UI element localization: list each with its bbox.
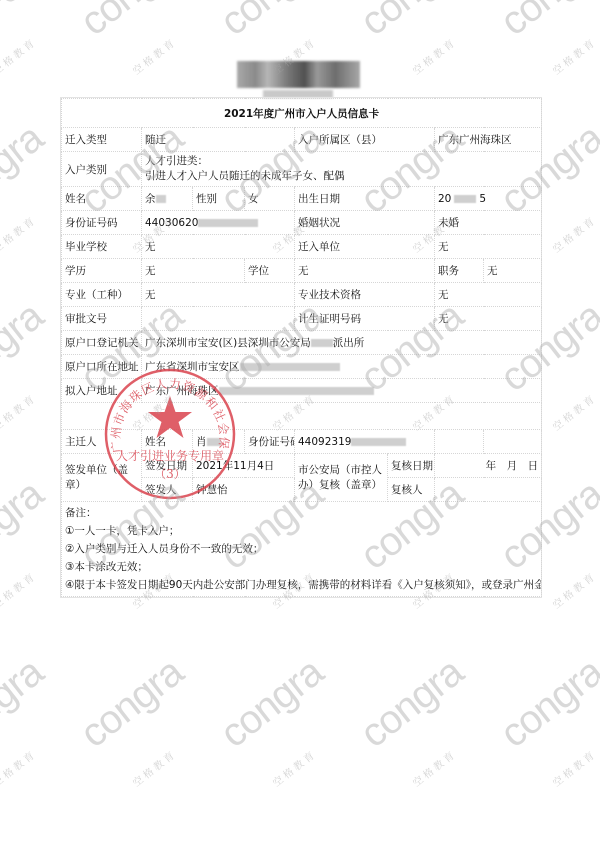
school-value: 无: [142, 235, 295, 259]
degree-value: 无: [295, 259, 435, 283]
note-item: ④限于本卡签发日期起90天内赴公安部门办理复核，需携带的材料详看《入户复核须知》…: [65, 576, 538, 594]
watermark: congra空格教育: [0, 0, 70, 80]
signer-value: 钟慧怡: [193, 478, 295, 502]
reviewer-value: [435, 478, 542, 502]
position-value: 无: [484, 259, 542, 283]
move-type-label: 迁入类型: [62, 128, 142, 152]
watermark: congra空格教育: [0, 702, 70, 792]
issuer-label: 签发单位（盖章）: [62, 454, 142, 502]
district-label: 入户所属区（县）: [295, 128, 435, 152]
police-review-label: 市公安局（市控人办）复核（盖章）: [295, 454, 388, 502]
household-registration-card: 2021年度广州市入户人员信息卡 迁入类型 随迁 入户所属区（县） 广东广州海珠…: [60, 97, 542, 598]
marital-label: 婚姻状况: [295, 211, 435, 235]
orig-address-value: 广东省深圳市宝安区: [142, 355, 542, 379]
principal-empty-1: [435, 430, 484, 454]
review-date-label: 复核日期: [388, 454, 435, 478]
principal-id-label: 身份证号码: [245, 430, 295, 454]
major-value: 无: [142, 283, 295, 307]
approval-no-value: [142, 307, 295, 331]
school-label: 毕业学校: [62, 235, 142, 259]
redacted-header: [237, 61, 360, 88]
watermark: congra空格教育: [520, 702, 600, 792]
qualification-label: 专业技术资格: [295, 283, 435, 307]
card-title: 2021年度广州市入户人员信息卡: [62, 99, 542, 128]
birth-label: 出生日期: [295, 187, 435, 211]
district-value: 广东广州海珠区: [435, 128, 542, 152]
id-value: 44030620: [142, 211, 295, 235]
qualification-value: 无: [435, 283, 542, 307]
signer-label: 签发人: [142, 478, 193, 502]
approval-no-label: 审批文号: [62, 307, 142, 331]
watermark: congra空格教育: [240, 702, 350, 792]
category-label: 入户类别: [62, 152, 142, 187]
blank-row: [62, 403, 542, 430]
orig-reg-office-value: 广东深圳市宝安(区)县深圳市公安局派出所: [142, 331, 542, 355]
target-address-label: 拟入户地址: [62, 379, 142, 403]
category-line1: 人才引进类：: [145, 154, 538, 169]
note-item: ①一人一卡，凭卡入户；: [65, 522, 538, 540]
education-value: 无: [142, 259, 245, 283]
principal-name-label: 姓名: [142, 430, 193, 454]
principal-label: 主迁人: [62, 430, 142, 454]
orig-reg-office-label: 原户口登记机关: [62, 331, 142, 355]
birth-value: 205: [435, 187, 542, 211]
birth-cert-label: 计生证明号码: [295, 307, 435, 331]
move-type-value: 随迁: [142, 128, 295, 152]
category-line2: 引进人才入户人员随迁的未成年子女、配偶: [145, 169, 538, 184]
name-label: 姓名: [62, 187, 142, 211]
birth-cert-value: 无: [435, 307, 542, 331]
position-label: 职务: [435, 259, 484, 283]
principal-id-value: 44092319: [295, 430, 435, 454]
notes-section: 备注： ①一人一卡，凭卡入户； ②入户类别与迁入人员身份不一致的无效； ③本卡涂…: [62, 502, 542, 597]
watermark: congra空格教育: [380, 702, 490, 792]
watermark: congra空格教育: [520, 0, 600, 80]
notes-heading: 备注：: [65, 504, 538, 522]
unit-label: 迁入单位: [295, 235, 435, 259]
category-value: 人才引进类： 引进人才入户人员随迁的未成年子女、配偶: [142, 152, 542, 187]
target-address-value: 广东广州海珠区: [142, 379, 542, 403]
unit-value: 无: [435, 235, 542, 259]
marital-value: 未婚: [435, 211, 542, 235]
watermark: congra空格教育: [100, 0, 210, 80]
note-item: ②入户类别与迁入人员身份不一致的无效；: [65, 540, 538, 558]
reviewer-label: 复核人: [388, 478, 435, 502]
name-value: 余: [142, 187, 193, 211]
principal-name-value: 肖: [193, 430, 245, 454]
principal-empty-2: [484, 430, 542, 454]
issue-date-label: 签发日期: [142, 454, 193, 478]
gender-value: 女: [245, 187, 295, 211]
gender-label: 性别: [193, 187, 245, 211]
degree-label: 学位: [245, 259, 295, 283]
issue-date-value: 2021年11月4日: [193, 454, 295, 478]
major-label: 专业（工种）: [62, 283, 142, 307]
review-date-value: 年 月 日: [435, 454, 542, 478]
note-item: ③本卡涂改无效；: [65, 558, 538, 576]
education-label: 学历: [62, 259, 142, 283]
watermark: congra空格教育: [100, 702, 210, 792]
id-label: 身份证号码: [62, 211, 142, 235]
orig-address-label: 原户口所在地址: [62, 355, 142, 379]
watermark: congra空格教育: [380, 0, 490, 80]
